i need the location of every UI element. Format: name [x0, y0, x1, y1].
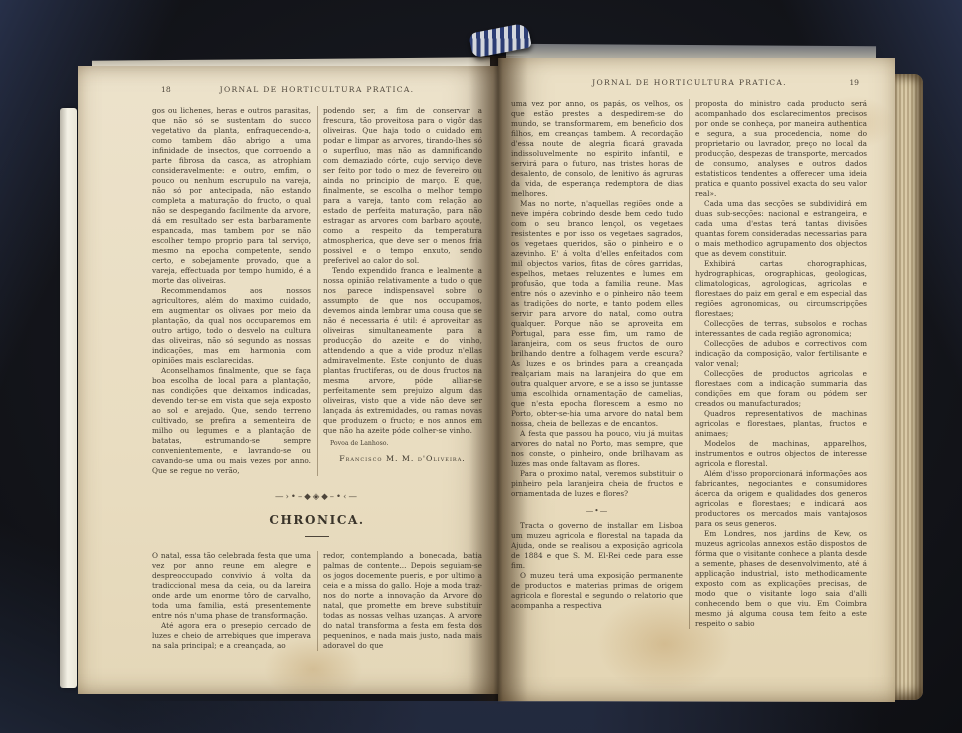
paragraph: Collecções de adubos e correctivos com i… — [695, 339, 867, 369]
signature-name: Francisco M. M. d'Oliveira. — [323, 454, 482, 463]
signature-place: Povoa de Lanhoso. — [330, 440, 482, 447]
paragraph: Collecções de terras, subsolos e rochas … — [695, 319, 867, 339]
paragraph: Além d'isso proporcionará informações ao… — [695, 469, 867, 529]
paragraph-list: Tracta o governo de installar em Lisboa … — [511, 521, 683, 611]
paragraph-list: gos ou lichenes, heras e outros parasita… — [152, 106, 311, 476]
paragraph-list: proposta do ministro cada producto será … — [695, 99, 867, 629]
column-rule — [689, 99, 690, 629]
page-number: 19 — [849, 78, 859, 87]
book-scan: 18 JORNAL DE HORTICULTURA PRATICA. gos o… — [0, 0, 962, 733]
paragraph-list: uma vez por anno, os papás, os velhos, o… — [511, 99, 683, 499]
paragraph-list: redor, contemplando a bonecada, batia pa… — [323, 551, 482, 651]
paragraph: gos ou lichenes, heras e outros parasita… — [152, 106, 311, 286]
flyleaf-edge — [60, 108, 77, 688]
chronica-column-2: redor, contemplando a bonecada, batia pa… — [323, 551, 482, 651]
chronica-columns: O natal, essa tão celebrada festa que um… — [152, 551, 482, 651]
right-column-1: uma vez por anno, os papás, os velhos, o… — [511, 99, 683, 629]
paragraph: Para o proximo natal, veremos substituir… — [511, 469, 683, 499]
paragraph: Modelos de machinas, apparelhos, instrum… — [695, 439, 867, 469]
page-fore-edges — [893, 74, 923, 700]
running-title: JORNAL DE HORTICULTURA PRATICA. — [511, 78, 868, 87]
paragraph: podendo ser, a fim de conservar a frescu… — [323, 106, 482, 266]
right-column-2: proposta do ministro cada producto será … — [695, 99, 867, 629]
section-rule — [305, 536, 329, 537]
page-left-content: 18 JORNAL DE HORTICULTURA PRATICA. gos o… — [152, 85, 482, 651]
article-column-2: podendo ser, a fim de conservar a frescu… — [323, 106, 482, 476]
page-right: JORNAL DE HORTICULTURA PRATICA. 19 uma v… — [498, 58, 895, 702]
paragraph: redor, contemplando a bonecada, batia pa… — [323, 551, 482, 651]
paragraph: proposta do ministro cada producto será … — [695, 99, 867, 199]
chronica-column-1: O natal, essa tão celebrada festa que um… — [152, 551, 311, 651]
paragraph-list: O natal, essa tão celebrada festa que um… — [152, 551, 311, 651]
section-title: CHRONICA. — [152, 513, 482, 527]
page-number: 18 — [161, 85, 171, 94]
paragraph-list: podendo ser, a fim de conservar a frescu… — [323, 106, 482, 436]
running-title: JORNAL DE HORTICULTURA PRATICA. — [152, 85, 482, 94]
paragraph: Collecções de productos agricolas e flor… — [695, 369, 867, 409]
paragraph: Cada uma das secções se subdividirá em d… — [695, 199, 867, 259]
paragraph: Exhibirá cartas chorographicas, hydrogra… — [695, 259, 867, 319]
article-columns: uma vez por anno, os papás, os velhos, o… — [511, 99, 868, 629]
paragraph: Tracta o governo de installar em Lisboa … — [511, 521, 683, 571]
ornament-divider: —›•–◆◈◆–•‹— — [152, 492, 482, 502]
page-left: 18 JORNAL DE HORTICULTURA PRATICA. gos o… — [78, 66, 498, 694]
column-rule — [317, 551, 318, 651]
paragraph: Recommendamos aos nossos agricultores, a… — [152, 286, 311, 366]
paragraph: Aconselhamos finalmente, que se faça boa… — [152, 366, 311, 476]
paragraph: O muzeu terá uma exposição permanente de… — [511, 571, 683, 611]
paragraph: O natal, essa tão celebrada festa que um… — [152, 551, 311, 621]
small-divider: —•— — [511, 506, 683, 515]
article-column-1: gos ou lichenes, heras e outros parasita… — [152, 106, 311, 476]
paragraph: A festa que passou ha pouco, viu já muit… — [511, 429, 683, 469]
column-rule — [317, 106, 318, 476]
paragraph: Tendo expendido franca e lealmente a nos… — [323, 266, 482, 436]
paragraph: Quadros representativos de machinas agri… — [695, 409, 867, 439]
cover-bottom-edge — [120, 701, 880, 733]
page-left-header: 18 JORNAL DE HORTICULTURA PRATICA. — [152, 85, 482, 98]
article-columns: gos ou lichenes, heras e outros parasita… — [152, 106, 482, 476]
paragraph: Em Londres, nos jardins de Kew, os muzeu… — [695, 529, 867, 629]
paragraph: Mas no norte, n'aquellas regiões onde a … — [511, 199, 683, 429]
paragraph: uma vez por anno, os papás, os velhos, o… — [511, 99, 683, 199]
paragraph: Até agora era o presepio cercado de luze… — [152, 621, 311, 651]
page-right-content: JORNAL DE HORTICULTURA PRATICA. 19 uma v… — [511, 78, 868, 629]
page-right-header: JORNAL DE HORTICULTURA PRATICA. 19 — [511, 78, 868, 91]
